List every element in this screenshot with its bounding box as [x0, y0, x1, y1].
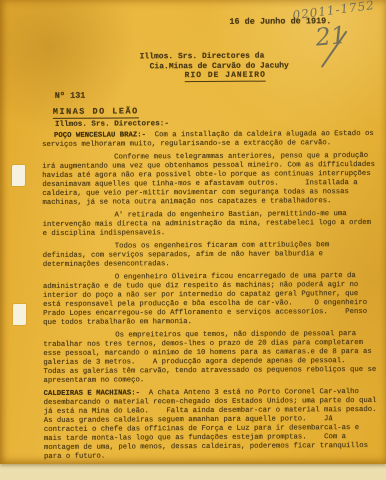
paragraph-lead: CALDEIRAS E MACHINAS:- [44, 389, 140, 398]
salutation: Illmos. Srs. Directores:- [55, 120, 169, 129]
paragraph-retirada-bastian: A' retirada do engenheiro Bastian, permi… [43, 210, 377, 239]
paragraph-text: A chata Anteno 3 está no Porto Coronel C… [44, 388, 386, 461]
paragraph-oliveira: O engenheiro Oliveira ficou encarregado … [43, 272, 377, 328]
paragraph-text: O engenheiro Oliveira ficou encarregado … [43, 272, 372, 327]
paragraph-text: Conforme meus telegrammas anteriores, pe… [42, 152, 379, 207]
paragraph-caldeiras-machinas: CALDEIRAS E MACHINAS:- A chata Anteno 3 … [44, 388, 378, 462]
reference-number: Nº 131 [55, 91, 86, 101]
paragraph-text: Todos os engenheiros ficaram com attribu… [43, 241, 334, 269]
addressee-city: RIO DE JANEIRO [185, 71, 266, 82]
paragraph-engenheiros: Todos os engenheiros ficaram com attribu… [43, 241, 377, 270]
paragraph-producao: Conforme meus telegrammas anteriores, pe… [42, 152, 376, 208]
paragraph-text: A' retirada do engenheiro Bastian, permi… [43, 210, 376, 238]
scanned-letter-page: { "document": { "archival_mark": "02011-… [0, 0, 386, 480]
addressee-block: Illmos. Srs. Directores da Cia.Minas de … [140, 51, 289, 81]
paragraph-text: Os empreiteiros que temos, não dispondo … [43, 330, 380, 385]
paragraph-lead: POÇO WENCESLAU BRAZ:- [54, 131, 146, 140]
addressee-line-2: Cia.Minas de Carvão do Jacuhy [150, 61, 289, 71]
letter-content: 02011-1752 16 de Junho de 1919. 21 Illmo… [0, 0, 386, 480]
paragraph-empreiteiros: Os empreiteiros que temos, não dispondo … [43, 330, 377, 386]
letter-body: POÇO WENCESLAU BRAZ:- Com a installação … [42, 130, 378, 466]
paragraph-poco-wenceslau: POÇO WENCESLAU BRAZ:- Com a installação … [42, 130, 376, 150]
subject-heading: MINAS DO LEÃO [53, 106, 139, 119]
